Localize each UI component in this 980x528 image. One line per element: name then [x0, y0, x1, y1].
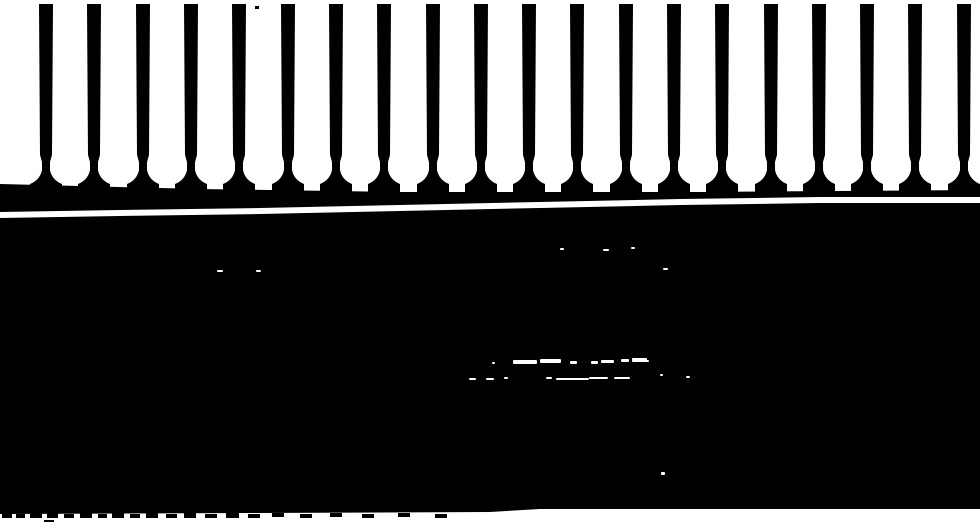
micrograph-svg	[0, 0, 980, 528]
bottom-edge-dash	[166, 514, 177, 518]
substrate-speck	[621, 359, 629, 362]
substrate-speck	[217, 270, 223, 272]
substrate-speck	[513, 360, 537, 364]
substrate-speck	[603, 249, 609, 251]
bottom-edge-dash	[130, 514, 140, 518]
bottom-edge-dash	[226, 513, 239, 518]
substrate-speck	[591, 361, 598, 364]
substrate-speck	[256, 270, 261, 272]
bottom-edge-dash	[98, 514, 107, 518]
bottom-edge-dash	[398, 513, 410, 517]
bottom-edge-dash	[64, 514, 74, 518]
bottom-edge-dash	[16, 514, 25, 518]
substrate-speck	[686, 376, 690, 378]
substrate-speck	[632, 358, 647, 362]
bottom-edge-dash	[184, 513, 196, 518]
substrate-speck	[540, 359, 561, 363]
bottom-edge-dash	[300, 514, 312, 518]
bottom-edge-dash	[362, 514, 374, 518]
substrate-speck	[546, 377, 552, 379]
substrate-speck	[589, 377, 608, 379]
bottom-edge-dash	[435, 514, 447, 518]
substrate-speck	[663, 268, 668, 270]
substrate-speck	[560, 248, 564, 250]
bottom-edge-dash	[272, 513, 284, 517]
substrate-speck	[601, 360, 614, 363]
bottom-edge-dash	[47, 513, 58, 518]
bottom-edge-dash	[44, 520, 54, 522]
bottom-edge-dash	[146, 513, 158, 518]
substrate-speck	[492, 362, 495, 364]
substrate-speck	[660, 374, 663, 376]
bottom-edge-dash	[248, 514, 260, 518]
substrate-speck	[504, 377, 508, 379]
substrate-speck	[631, 247, 635, 249]
substrate-speck	[469, 378, 476, 380]
substrate-speck	[661, 472, 665, 475]
bottom-edge-dash	[112, 513, 124, 518]
bottom-edge-dash	[80, 513, 92, 518]
bottom-edge-dash	[330, 513, 342, 517]
substrate-speck	[614, 377, 630, 379]
micrograph-figure	[0, 0, 980, 528]
substrate-speck	[645, 360, 649, 362]
field-speck	[255, 6, 259, 9]
bottom-edge-dash	[205, 514, 217, 518]
substrate-speck	[486, 378, 494, 380]
bottom-edge-dash	[2, 513, 12, 518]
substrate-speck	[556, 378, 589, 380]
substrate-speck	[570, 361, 577, 364]
bottom-edge-dash	[30, 513, 42, 518]
